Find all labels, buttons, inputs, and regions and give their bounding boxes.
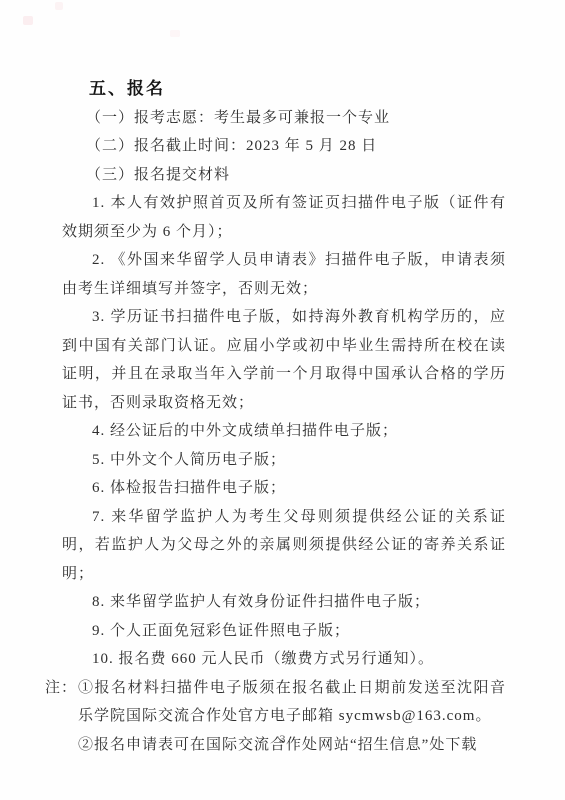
- material-item-3: 3. 学历证书扫描件电子版，如持海外教育机构学历的，应到中国有关部门认证。应届小…: [62, 303, 506, 417]
- material-item-7: 7. 来华留学监护人为考生父母则须提供经公证的关系证明，若监护人为父母之外的亲属…: [62, 503, 506, 589]
- material-item-2: 2. 《外国来华留学人员申请表》扫描件电子版，申请表须由考生详细填写并签字，否则…: [62, 246, 506, 303]
- scan-artifact: [55, 2, 63, 10]
- note-label: 注：: [45, 674, 77, 703]
- document-body: 五、报名 （一）报考志愿：考生最多可兼报一个专业 （二）报名截止时间：2023 …: [62, 75, 506, 759]
- material-item-8: 8. 来华留学监护人有效身份证件扫描件电子版；: [62, 588, 506, 617]
- material-item-1: 1. 本人有效护照首页及所有签证页扫描件电子版（证件有效期须至少为 6 个月）；: [62, 189, 506, 246]
- material-item-5: 5. 中外文个人简历电子版；: [62, 446, 506, 475]
- material-item-6: 6. 体检报告扫描件电子版；: [62, 474, 506, 503]
- sub-item-materials-header: （三）报名提交材料: [62, 161, 506, 190]
- document-page: 五、报名 （一）报考志愿：考生最多可兼报一个专业 （二）报名截止时间：2023 …: [0, 0, 565, 800]
- material-item-9: 9. 个人正面免冠彩色证件照电子版；: [62, 617, 506, 646]
- scan-artifact: [170, 30, 180, 37]
- scan-artifact: [23, 16, 33, 25]
- material-item-10: 10. 报名费 660 元人民币（缴费方式另行通知）。: [62, 645, 506, 674]
- material-item-4: 4. 经公证后的中外文成绩单扫描件电子版；: [62, 417, 506, 446]
- sub-item-application-choice: （一）报考志愿：考生最多可兼报一个专业: [62, 104, 506, 133]
- note-item-1: ①报名材料扫描件电子版须在报名截止日期前发送至沈阳音乐学院国际交流合作处官方电子…: [78, 674, 506, 731]
- sub-item-deadline: （二）报名截止时间：2023 年 5 月 28 日: [62, 132, 506, 161]
- page-number: 3: [0, 732, 565, 747]
- section-heading: 五、报名: [62, 75, 506, 104]
